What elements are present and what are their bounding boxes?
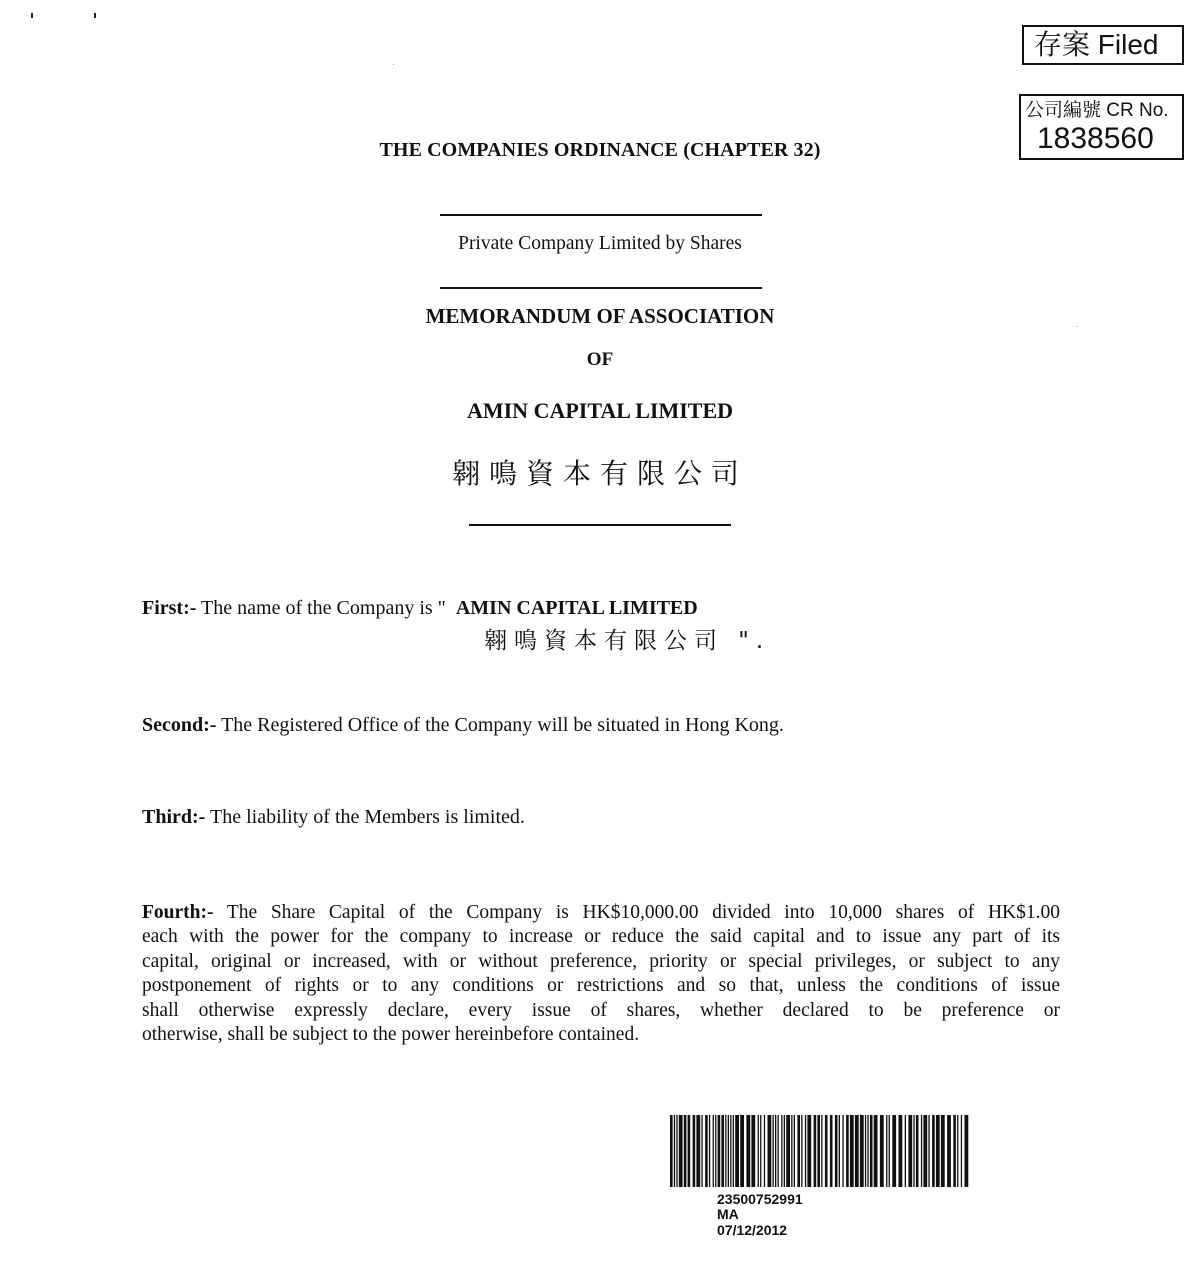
clause-second: Second:- The Registered Office of the Co… bbox=[142, 714, 784, 737]
clause-fourth-line: each with the power for the company to i… bbox=[142, 925, 1060, 949]
barcode-date: 07/12/2012 bbox=[717, 1223, 787, 1237]
filed-stamp-text: 存案 Filed bbox=[1034, 29, 1158, 60]
clause-fourth-line: capital, original or increased, with or … bbox=[142, 950, 1060, 974]
clause-fourth-line: Fourth:- The Share Capital of the Compan… bbox=[142, 901, 1060, 925]
clause-second-label: Second:- bbox=[142, 714, 216, 736]
clause-third-label: Third:- bbox=[142, 806, 205, 828]
clause-fourth: Fourth:- The Share Capital of the Compan… bbox=[142, 901, 1060, 1047]
scan-speck bbox=[31, 13, 33, 18]
clause-first-label: First:- bbox=[142, 597, 196, 619]
barcode-number: 23500752991 bbox=[717, 1192, 803, 1206]
document-title-of: OF bbox=[0, 349, 1200, 371]
divider bbox=[440, 214, 762, 216]
cr-number-label: 公司編號 CR No. bbox=[1025, 99, 1182, 123]
clause-fourth-label: Fourth:- bbox=[142, 902, 214, 923]
clause-fourth-line: otherwise, shall be subject to the power… bbox=[142, 1023, 1060, 1047]
ordinance-heading: THE COMPANIES ORDINANCE (CHAPTER 32) bbox=[0, 139, 1200, 162]
company-type: Private Company Limited by Shares bbox=[0, 233, 1200, 255]
clause-first-name-zh: 翱鳴資本有限公司 ". bbox=[484, 622, 770, 655]
barcode-code: MA bbox=[717, 1207, 739, 1221]
clause-first-name-en: AMIN CAPITAL LIMITED bbox=[456, 597, 698, 619]
clause-fourth-line: postponement of rights or to any conditi… bbox=[142, 974, 1060, 998]
clause-third: Third:- The liability of the Members is … bbox=[142, 806, 525, 829]
clause-first: First:- The name of the Company is " AMI… bbox=[142, 597, 698, 620]
divider bbox=[440, 287, 762, 289]
clause-second-text: The Registered Office of the Company wil… bbox=[216, 714, 783, 736]
clause-fourth-line: shall otherwise expressly declare, every… bbox=[142, 999, 1060, 1023]
company-name-english: AMIN CAPITAL LIMITED bbox=[0, 398, 1200, 424]
clause-first-text: The name of the Company is " bbox=[196, 597, 455, 619]
scan-speck bbox=[393, 64, 394, 65]
company-name-chinese: 翱鳴資本有限公司 bbox=[0, 452, 1200, 492]
barcode bbox=[670, 1115, 970, 1187]
document-title: MEMORANDUM OF ASSOCIATION bbox=[0, 304, 1200, 329]
divider bbox=[469, 524, 731, 526]
clause-third-text: The liability of the Members is limited. bbox=[205, 806, 525, 828]
filed-stamp: 存案 Filed bbox=[1022, 25, 1184, 65]
scan-speck bbox=[94, 13, 96, 18]
